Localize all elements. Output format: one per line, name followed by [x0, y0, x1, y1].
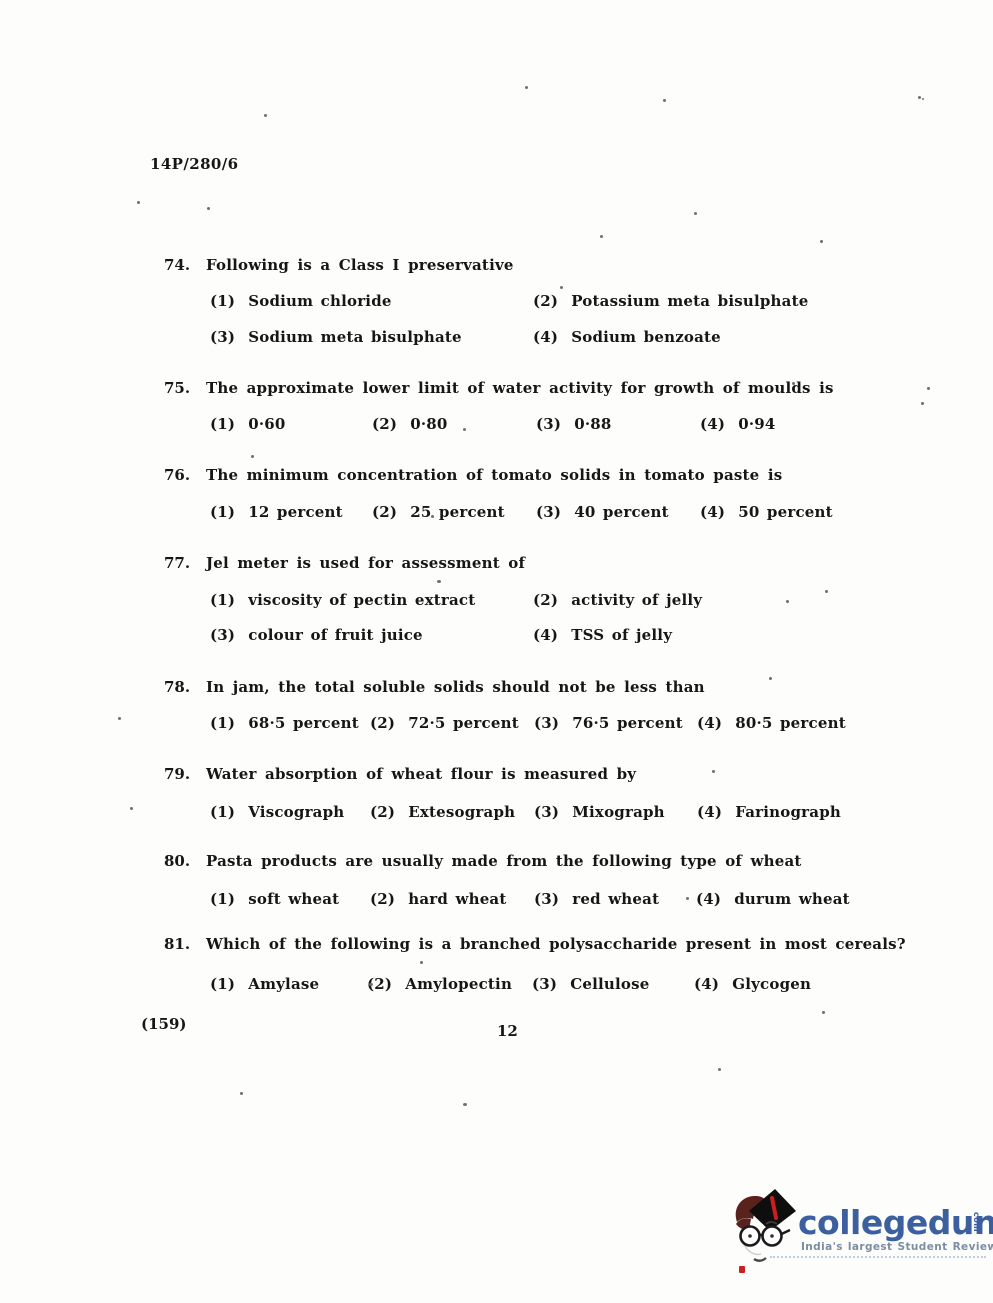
option: (2) Potassium meta bisulphate [533, 292, 808, 310]
option-label: (2) [533, 292, 558, 310]
noise-speck [240, 1092, 243, 1095]
option: (4) 50 percent [700, 503, 833, 521]
option-text: 76·5 percent [572, 714, 683, 732]
option-text: viscosity of pectin extract [248, 591, 475, 609]
option-label: (4) [697, 803, 722, 821]
question-number: 81. [164, 935, 190, 953]
option: (3) Cellulose [532, 975, 650, 993]
option-text: 50 percent [738, 503, 833, 521]
option-text: 80·5 percent [735, 714, 846, 732]
paper-code: 14P/280/6 [150, 155, 238, 173]
noise-speck [712, 770, 715, 773]
option: (1) 12 percent [210, 503, 343, 521]
noise-speck [463, 428, 466, 431]
question-number: 74. [164, 256, 190, 274]
collegedunia-wordmark: collegedunia [798, 1203, 993, 1242]
option-label: (4) [696, 890, 721, 908]
logo-divider [770, 1256, 986, 1258]
option: (3) 40 percent [536, 503, 669, 521]
option: (2) 25 percent [372, 503, 505, 521]
collegedunia-tagline: India's largest Student Review Platform [801, 1241, 993, 1253]
option-label: (1) [210, 803, 235, 821]
option-text: Viscograph [248, 803, 344, 821]
option: (3) 0·88 [536, 415, 612, 433]
option: (1) Amylase [210, 975, 319, 993]
option-label: (4) [694, 975, 719, 993]
noise-speck [130, 807, 133, 810]
noise-speck [369, 983, 373, 986]
option-label: (1) [210, 591, 235, 609]
option-text: 40 percent [574, 503, 669, 521]
option: (4) Farinograph [697, 803, 841, 821]
noise-speck [718, 1068, 721, 1071]
noise-speck [560, 286, 563, 289]
option-label: (2) [370, 890, 395, 908]
option: (2) 72·5 percent [370, 714, 519, 732]
option-text: TSS of jelly [571, 626, 672, 644]
option: (3) colour of fruit juice [210, 626, 423, 644]
option-label: (4) [533, 626, 558, 644]
option-label: (1) [210, 975, 235, 993]
option: (1) soft wheat [210, 890, 339, 908]
option-label: (2) [370, 803, 395, 821]
option-text: 12 percent [248, 503, 343, 521]
question-text: Following is a Class I preservative [206, 256, 514, 274]
option: (1) viscosity of pectin extract [210, 591, 475, 609]
option-text: hard wheat [408, 890, 506, 908]
option-label: (1) [210, 292, 235, 310]
option-label: (1) [210, 890, 235, 908]
option-label: (3) [534, 714, 559, 732]
option-text: red wheat [572, 890, 659, 908]
option: (4) Sodium benzoate [533, 328, 721, 346]
option-label: (4) [700, 415, 725, 433]
noise-speck [431, 515, 434, 518]
noise-speck [694, 212, 697, 215]
option-label: (1) [210, 503, 235, 521]
option-text: Mixograph [572, 803, 665, 821]
option: (3) 76·5 percent [534, 714, 683, 732]
question-text: The minimum concentration of tomato soli… [206, 466, 782, 484]
collegedunia-mascot-icon [730, 1186, 796, 1274]
noise-speck [207, 207, 210, 210]
option-text: Amylopectin [405, 975, 512, 993]
collegedunia-tld: com [972, 1212, 981, 1232]
option-text: 72·5 percent [408, 714, 519, 732]
option-label: (2) [372, 415, 397, 433]
option: (4) Glycogen [694, 975, 811, 993]
option-label: (3) [534, 803, 559, 821]
noise-speck [918, 96, 921, 99]
option: (1) Viscograph [210, 803, 344, 821]
noise-speck [769, 677, 772, 680]
option-text: 0·60 [248, 415, 285, 433]
option-text: 0·88 [574, 415, 611, 433]
option-text: durum wheat [734, 890, 850, 908]
question-number: 79. [164, 765, 190, 783]
option-text: 0·80 [410, 415, 447, 433]
option-label: (3) [534, 890, 559, 908]
option-text: soft wheat [248, 890, 339, 908]
option-text: Potassium meta bisulphate [571, 292, 808, 310]
option: (3) Mixograph [534, 803, 665, 821]
noise-speck [600, 235, 603, 238]
option-text: Cellulose [570, 975, 649, 993]
option: (2) activity of jelly [533, 591, 702, 609]
option: (3) Sodium meta bisulphate [210, 328, 462, 346]
option-label: (2) [372, 503, 397, 521]
question-text: Which of the following is a branched pol… [206, 935, 906, 953]
option: (4) durum wheat [696, 890, 850, 908]
question-number: 78. [164, 678, 190, 696]
option-text: Extesograph [408, 803, 515, 821]
noise-speck [137, 201, 140, 204]
option-label: (4) [697, 714, 722, 732]
question-text: The approximate lower limit of water act… [206, 379, 834, 397]
noise-speck [437, 580, 441, 583]
option-label: (4) [700, 503, 725, 521]
noise-speck [922, 98, 924, 100]
option-label: (4) [533, 328, 558, 346]
option-text: 25 percent [410, 503, 505, 521]
option: (4) 80·5 percent [697, 714, 846, 732]
question-text: Jel meter is used for assessment of [206, 554, 525, 572]
option-text: Sodium benzoate [571, 328, 721, 346]
question-number: 80. [164, 852, 190, 870]
option-label: (1) [210, 714, 235, 732]
noise-speck [264, 114, 267, 117]
option-text: Sodium meta bisulphate [248, 328, 462, 346]
noise-speck [792, 382, 795, 385]
option-text: 0·94 [738, 415, 775, 433]
noise-speck [825, 590, 828, 593]
page-number: 12 [497, 1022, 518, 1040]
noise-speck [663, 99, 666, 102]
question-text: Water absorption of wheat flour is measu… [206, 765, 636, 783]
option: (2) Extesograph [370, 803, 515, 821]
option-label: (3) [210, 626, 235, 644]
option: (1) Sodium chloride [210, 292, 392, 310]
series-code: (159) [141, 1015, 187, 1033]
option-text: Amylase [248, 975, 319, 993]
option-label: (3) [536, 415, 561, 433]
noise-speck [927, 387, 930, 390]
option-text: Farinograph [735, 803, 841, 821]
scanned-exam-page: 14P/280/6 74. Following is a Class I pre… [0, 0, 993, 1303]
question-number: 75. [164, 379, 190, 397]
option-text: Sodium chloride [248, 292, 391, 310]
option-label: (2) [533, 591, 558, 609]
option-label: (1) [210, 415, 235, 433]
noise-speck [786, 600, 789, 603]
option-label: (3) [536, 503, 561, 521]
option-text: colour of fruit juice [248, 626, 423, 644]
question-text: Pasta products are usually made from the… [206, 852, 802, 870]
option: (1) 0·60 [210, 415, 286, 433]
option-label: (3) [210, 328, 235, 346]
noise-speck [463, 1103, 467, 1106]
option-text: 68·5 percent [248, 714, 359, 732]
option-text: activity of jelly [571, 591, 702, 609]
noise-speck [420, 961, 423, 964]
noise-speck [118, 717, 121, 720]
option-label: (3) [532, 975, 557, 993]
noise-speck [822, 1011, 825, 1014]
option-label: (2) [370, 714, 395, 732]
option: (2) Amylopectin [367, 975, 512, 993]
question-text: In jam, the total soluble solids should … [206, 678, 705, 696]
noise-speck [820, 240, 823, 243]
noise-speck [525, 86, 528, 89]
noise-speck [921, 402, 924, 405]
option: (2) 0·80 [372, 415, 448, 433]
question-number: 76. [164, 466, 190, 484]
option: (1) 68·5 percent [210, 714, 359, 732]
question-number: 77. [164, 554, 190, 572]
option-text: Glycogen [732, 975, 811, 993]
noise-speck [251, 455, 254, 458]
noise-speck [686, 897, 689, 900]
option: (4) 0·94 [700, 415, 776, 433]
option: (3) red wheat [534, 890, 659, 908]
option: (2) hard wheat [370, 890, 506, 908]
option: (4) TSS of jelly [533, 626, 672, 644]
